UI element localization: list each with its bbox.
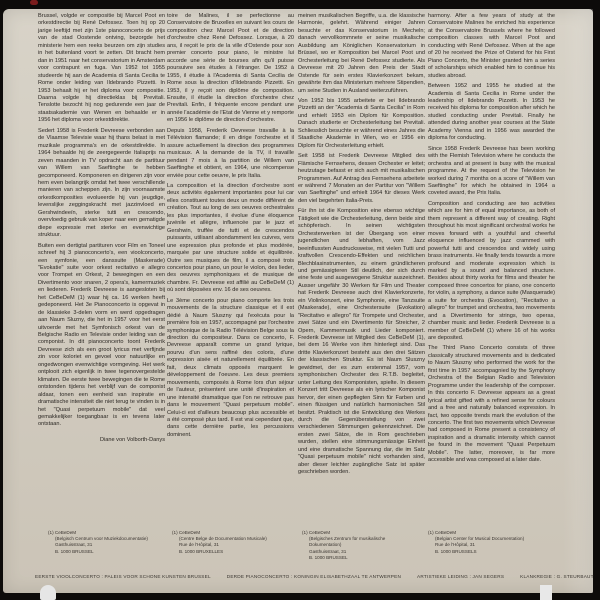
paragraph: Seit 1958 ist Frederik Devreese Mitglied… bbox=[298, 153, 425, 205]
author-signature: Diane von Volborth-Danys bbox=[38, 437, 165, 444]
paragraph: The Third Piano Concerto consists of thr… bbox=[428, 345, 555, 464]
paragraph: Since 1958 Frederik Devreese has been wo… bbox=[428, 146, 555, 198]
column-dutch: Brussel, volgde er compositie bij Marcel… bbox=[38, 13, 165, 447]
background-reflection bbox=[30, 0, 38, 5]
recording-credits: EERSTE VIOOLCONCERTO : PALEIS VOOR SCHON… bbox=[35, 574, 575, 579]
footnote-french: (1) CeBeDeM (Centre Belge de Documentati… bbox=[172, 530, 267, 555]
column-english: harmony. After a few years of study at t… bbox=[428, 13, 555, 468]
light-reflection bbox=[40, 585, 56, 600]
credit-item: ARTISTIEKE LEIDING : JAN SEGERS bbox=[417, 574, 504, 579]
credit-item: KLANKREGIE : G. STEURBAUT bbox=[520, 574, 594, 579]
paragraph: meinen musikalischen Begriffe, u.a. die … bbox=[298, 13, 425, 95]
paragraph: Sedert 1958 is Frederik Devreese verbond… bbox=[38, 128, 165, 240]
footnote-line: B. 1000 BRUSSELS bbox=[428, 549, 524, 555]
paragraph: Buiten een dertigtal partituren voor Fil… bbox=[38, 243, 165, 429]
paragraph: Für ihn ist die Komposition eine ebenso … bbox=[298, 208, 425, 476]
paragraph: Le 3ème concerto pour piano comporte les… bbox=[167, 298, 294, 440]
footnote-english: (1) CeBeDeM (Belgian Center for Musical … bbox=[428, 530, 524, 555]
paragraph: harmony. After a few years of study at t… bbox=[428, 13, 555, 80]
paragraph: Depuis 1958, Frederik Devreese travaille… bbox=[167, 128, 294, 180]
column-french: toire de Malines, il se perfectionne au … bbox=[167, 13, 294, 442]
light-glare bbox=[563, 9, 593, 593]
paragraph: Composition and conducting are two activ… bbox=[428, 201, 555, 343]
footnote-marker: (1) CeBeDeM bbox=[48, 530, 76, 535]
column-german: meinen musikalischen Begriffe, u.a. die … bbox=[298, 13, 425, 480]
footnote-line: B. 1000 BRUXELLES bbox=[172, 549, 267, 555]
paragraph: Von 1952 bis 1955 arbeitete er bei Ildeb… bbox=[298, 98, 425, 150]
credit-item: DERDE PIANOCONCERTO : KONINGIN ELISABETH… bbox=[227, 574, 401, 579]
footnote-line: B. 1000 BRUSSEL bbox=[48, 549, 148, 555]
light-reflection bbox=[540, 585, 552, 600]
footnote-marker: (1) CeBeDeM bbox=[302, 530, 330, 535]
footnote-line: B. 1000 BRUSSEL bbox=[302, 555, 385, 561]
footnote-marker: (1) CeBeDeM bbox=[172, 530, 200, 535]
credit-item: EERSTE VIOOLCONCERTO : PALEIS VOOR SCHON… bbox=[35, 574, 211, 579]
paragraph: toire de Malines, il se perfectionne au … bbox=[167, 13, 294, 125]
footnote-german: (1) CeBeDeM (Belgisches Zentrum für musi… bbox=[302, 530, 385, 561]
paragraph: Between 1952 and 1955 he studied at the … bbox=[428, 83, 555, 143]
footnote-dutch: (1) CeBeDeM (Belgisch Centrum voor Muzie… bbox=[48, 530, 148, 555]
paragraph: La composition et la direction d'orchest… bbox=[167, 183, 294, 295]
footnote-marker: (1) CeBeDeM bbox=[428, 530, 456, 535]
paragraph: Brussel, volgde er compositie bij Marcel… bbox=[38, 13, 165, 125]
